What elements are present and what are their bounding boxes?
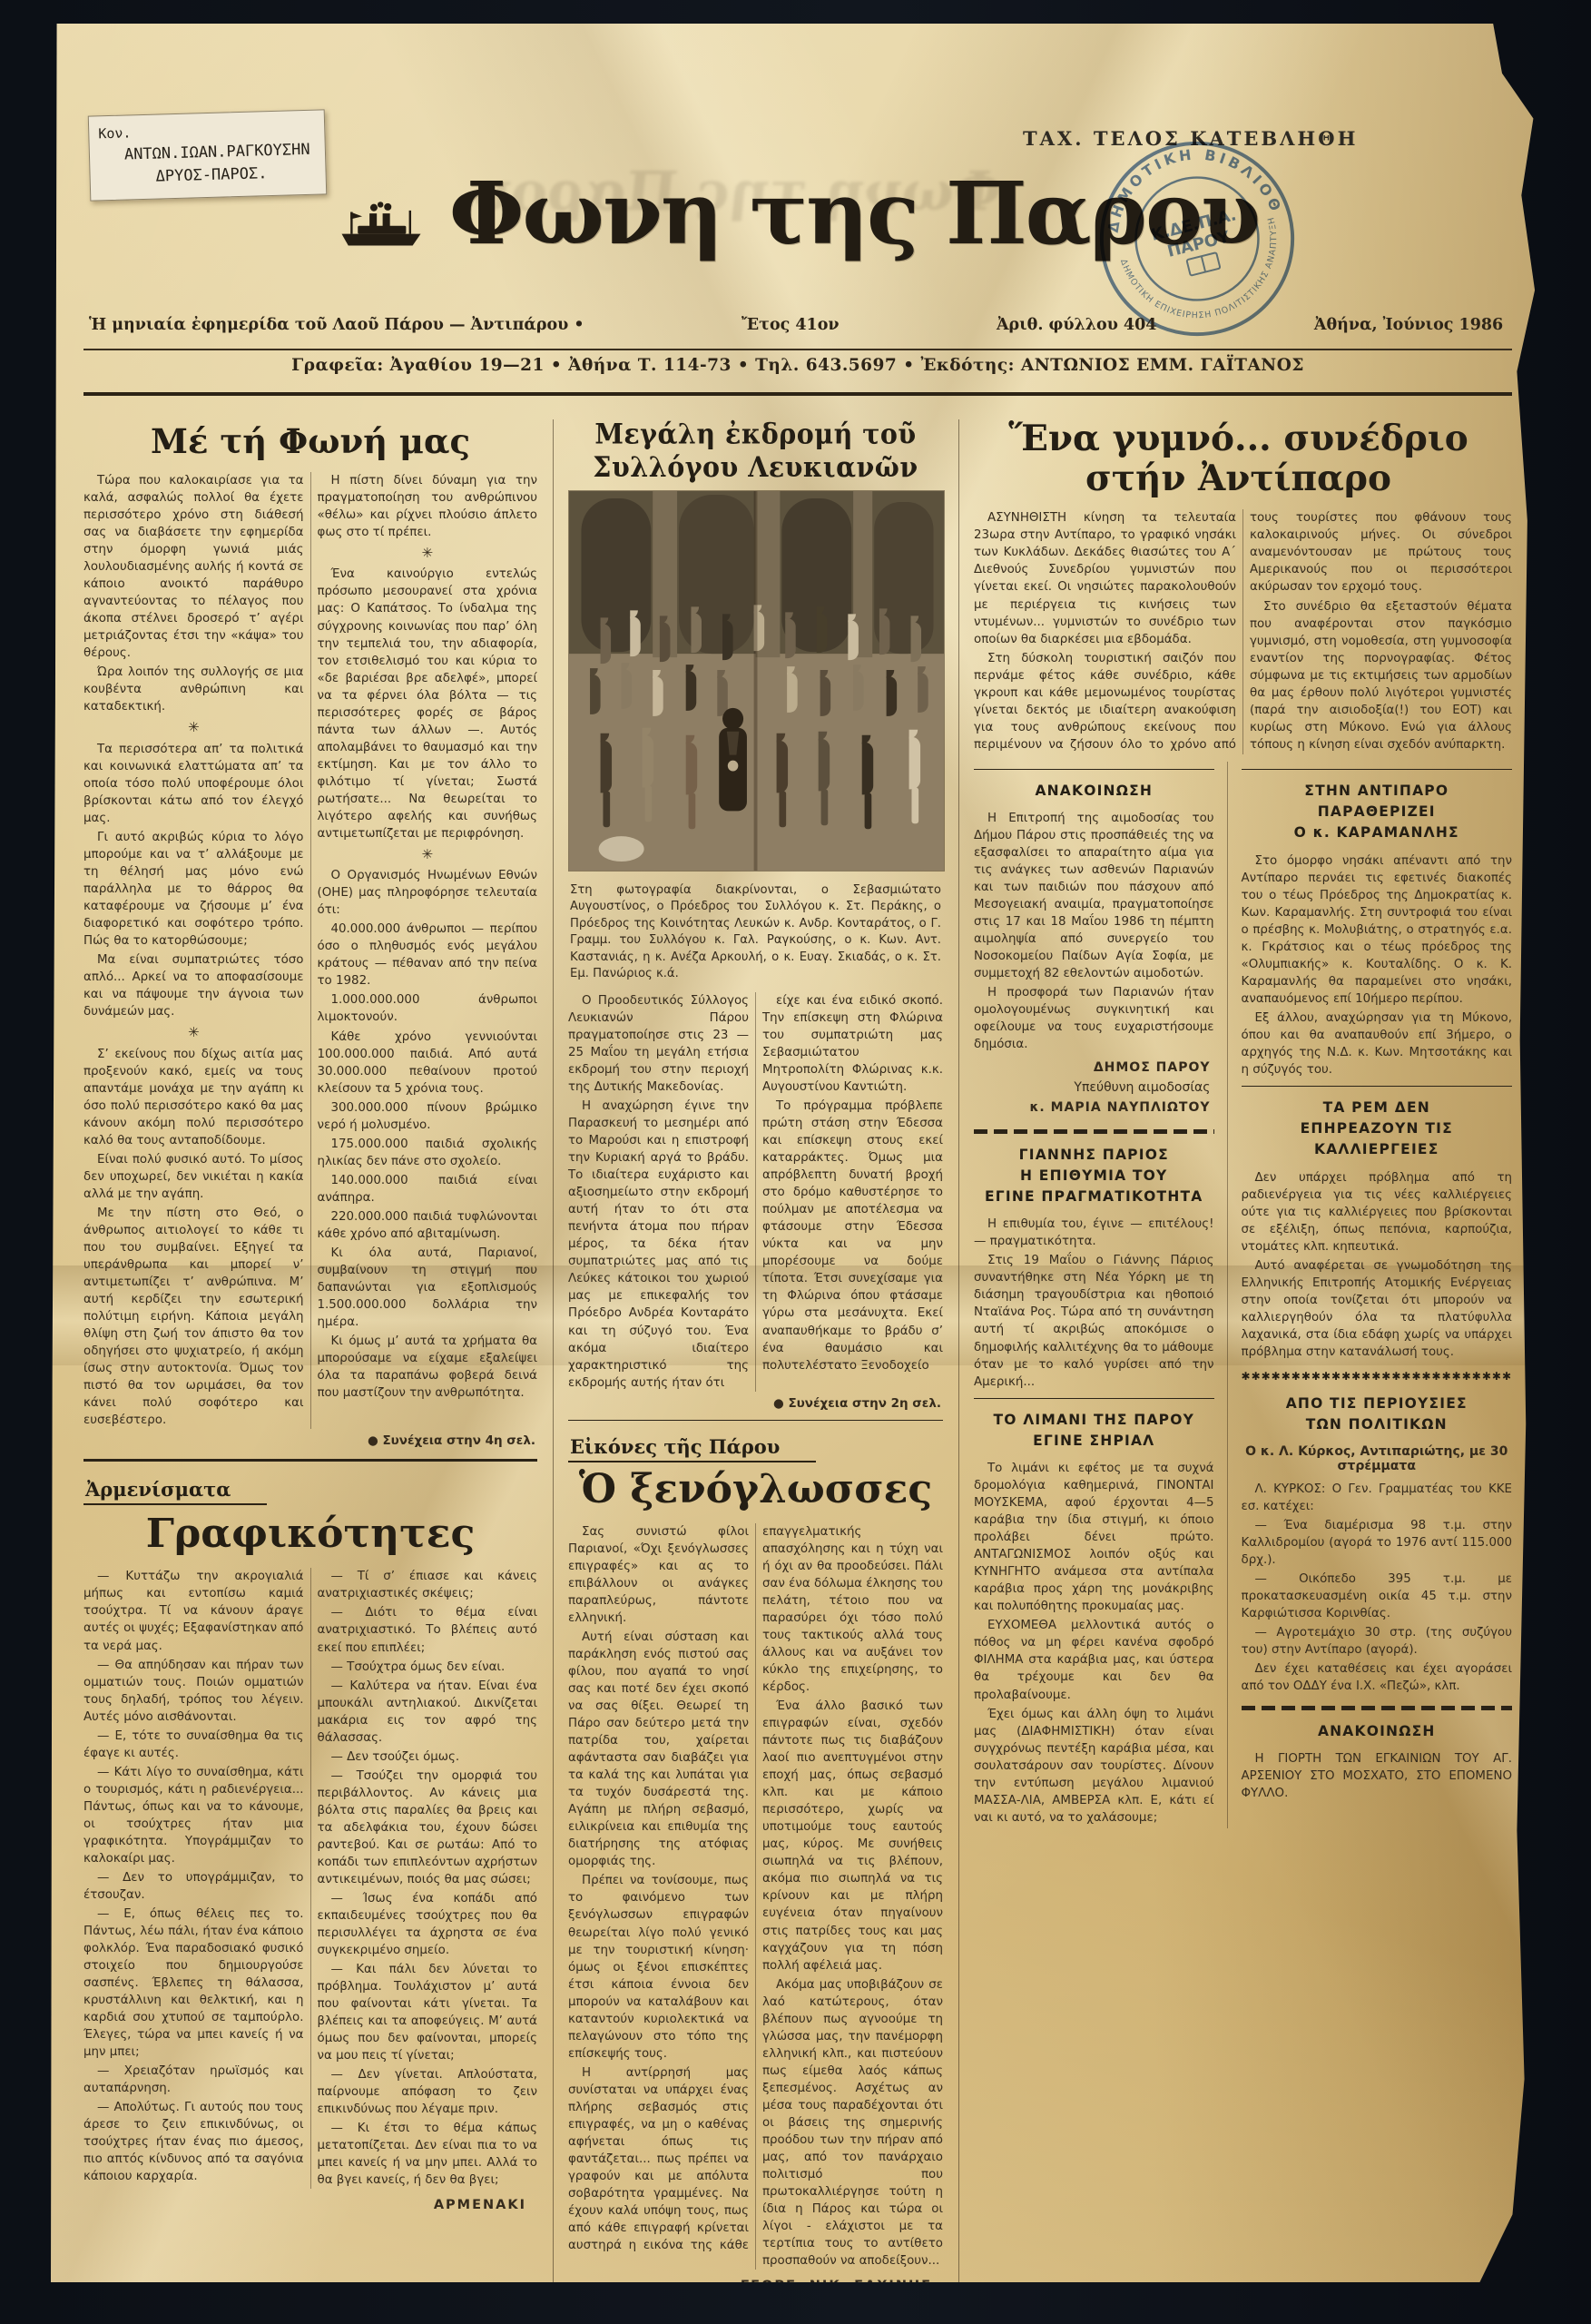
paragraph: Δεν υπάρχει πρόβλημα από τη ραδιενέργεια…: [1242, 1169, 1512, 1256]
section-divider: [1242, 769, 1512, 770]
heading-line: ΤΑ ΡΕΜ ΔΕΝ: [1323, 1099, 1430, 1116]
continuation-note: ● Συνέχεια στην 4η σελ.: [85, 1433, 535, 1450]
heading-line: ΕΓΙΝΕ ΠΡΑΓΜΑΤΙΚΟΤΗΤΑ: [985, 1188, 1203, 1205]
paragraph: — Δεν τσούζει όμως.: [318, 1748, 538, 1766]
paragraph: ΑΣΥΝΗΘΙΣΤΗ κίνηση τα τελευταία 23ωρα στη…: [974, 509, 1236, 647]
paragraph: Εξ άλλου, αναχώρησαν για τη Μύκονο, όπου…: [1242, 1009, 1512, 1078]
headline-line: Ἕνα γυμνό... συνέδριο: [1008, 418, 1468, 459]
paragraph: ✳: [83, 1023, 304, 1042]
paragraph: 300.000.000 πίνουν βρώμικο νερό ή μολυσμ…: [318, 1099, 538, 1134]
paragraph: Λ. ΚΥΡΚΟΣ: Ο Γεν. Γραμματέας του ΚΚΕ εσ.…: [1242, 1481, 1512, 1515]
article-headline: Ὁ ξενόγλωσσες: [568, 1466, 943, 1512]
article-text: Το λιμάνι κι εφέτος με τα συχνά δρομολόγ…: [974, 1460, 1214, 1827]
article-text: Τώρα που καλοκαιρίασε για τα καλά, ασφαλ…: [83, 472, 537, 1429]
paragraph: Είναι πολύ φυσικό αυτό. Το μίσος δεν υπο…: [83, 1151, 304, 1203]
article-text: Η ΓΙΟΡΤΗ ΤΩΝ ΕΓΚΑΙΝΙΩΝ ΤΟΥ ΑΓ. ΑΡΣΕΝΙΟΥ …: [1242, 1750, 1512, 1802]
paragraph: Ο Οργανισμός Ηνωμένων Εθνών (ΟΗΕ) μας πλ…: [318, 867, 538, 919]
section-subheading: Ο κ. Λ. Κύρκος, Αντιπαριώτης, με 30 στρέ…: [1242, 1444, 1512, 1473]
paragraph: — Ίσως ένα κοπάδι από εκπαιδευμένες τσού…: [318, 1890, 538, 1959]
paragraph: — Ε, όπως θέλεις πες το. Πάντως, λέω πάλ…: [83, 1905, 304, 2061]
paragraph: 140.000.000 παιδιά είναι ανάπηρα.: [318, 1172, 538, 1206]
paragraph: Ακόμα μας υποβιβάζουν σε λαό κατώτερους,…: [762, 1976, 943, 2270]
section-divider: [1242, 1086, 1512, 1087]
scanner-background: Κον. ΑΝΤΩΝ.ΙΩΑΝ.ΡΑΓΚΟΥΣΗΝ ΔΡΥΟΣ-ΠΑΡΟΣ. Τ…: [0, 0, 1591, 2324]
paragraph: — Αγροτεμάχιο 30 στρ. (της συζύγου του) …: [1242, 1624, 1512, 1659]
masthead-rule: [83, 349, 1512, 350]
paragraph: Τώρα που καλοκαιρίασε για τα καλά, ασφαλ…: [83, 472, 304, 662]
paragraph: 175.000.000 παιδιά σχολικής ηλικίας δεν …: [318, 1136, 538, 1170]
group-photo: [568, 490, 945, 871]
paragraph: — Κάτι λίγο το συναίσθημα, κάτι ο τουρισ…: [83, 1764, 304, 1867]
paragraph: Ο Προοδευτικός Σύλλογος Λευκιανών Πάρου …: [568, 992, 749, 1096]
section-divider: [974, 1398, 1214, 1399]
paragraph: — Τσούζει την ομορφιά του περιβάλλοντος.…: [318, 1768, 538, 1888]
right-inner-right-column: ΣΤΗΝ ΑΝΤΙΠΑΡΟ ΠΑΡΑΘΕΡΙΖΕΙ Ο κ. ΚΑΡΑΜΑΝΛΗ…: [1242, 762, 1512, 1828]
paragraph: — Δεν γίνεται. Απλούστατα, παίρνουμε από…: [318, 2066, 538, 2118]
article-signature: ΑΡΜΕΝΑΚΙ: [83, 2196, 526, 2215]
paragraph: ✳: [318, 845, 538, 864]
heading-line: ΕΠΗΡΕΑΖΟΥΝ ΤΙΣ: [1301, 1120, 1453, 1137]
continuation-note: ● Συνέχεια στην 2η σελ.: [570, 1395, 941, 1413]
paragraph: Ένα καινούργιο εντελώς πρόσωπο μεσουρανε…: [318, 566, 538, 842]
article-text: Η Επιτροπή της αιμοδοσίας του Δήμου Πάρο…: [974, 810, 1214, 1053]
masthead-info-line: Γραφεῖα: Ἀγαθίου 19—21 • Ἀθήνα Τ. 114-73…: [83, 356, 1512, 375]
masthead-year: Ἔτος 41ον: [741, 316, 840, 334]
ornament-divider: ✱✱✱✱✱✱✱✱✱✱✱✱✱✱✱✱✱✱✱✱✱✱✱✱✱✱✱: [1242, 1370, 1512, 1383]
column-kicker: Εἰκόνες τῆς Πάρου: [568, 1435, 816, 1462]
heading-line: ΚΑΛΛΙΕΡΓΕΙΕΣ: [1314, 1141, 1439, 1157]
heading-line: ΠΑΡΑΘΕΡΙΖΕΙ: [1318, 803, 1436, 820]
steamship-icon: [337, 199, 426, 251]
paragraph: — Και πάλι δεν λύνεται το πρόβλημα. Τουλ…: [318, 1961, 538, 2064]
paragraph: Μα είναι συμπατριώτες τόσο απλό... Αρκεί…: [83, 951, 304, 1020]
section-heading: ΤΟ ΛΙΜΑΝΙ ΤΗΣ ΠΑΡΟΥ ΕΓΙΝΕ ΣΗΡΙΑΛ: [979, 1410, 1209, 1452]
masthead-rule-thick: [83, 392, 1512, 396]
heading-line: ΤΩΝ ΠΟΛΙΤΙΚΩΝ: [1306, 1416, 1448, 1433]
dashed-divider: [974, 1129, 1214, 1134]
paragraph: — Θα απηύδησαν και πήραν των ομματιών το…: [83, 1657, 304, 1726]
paragraph: — Ένα διαμέρισμα 98 τ.μ. στην Καλλιδρομί…: [1242, 1517, 1512, 1569]
heading-line: ΑΠΟ ΤΙΣ ΠΕΡΙΟΥΣΙΕΣ: [1286, 1395, 1468, 1412]
section-heading: ΣΤΗΝ ΑΝΤΙΠΑΡΟ ΠΑΡΑΘΕΡΙΖΕΙ Ο κ. ΚΑΡΑΜΑΝΛΗ…: [1247, 781, 1507, 844]
section-heading: ΓΙΑΝΝΗΣ ΠΑΡΙΟΣ Η ΕΠΙΘΥΜΙΑ ΤΟΥ ΕΓΙΝΕ ΠΡΑΓ…: [979, 1145, 1209, 1208]
paragraph: ✳: [83, 718, 304, 737]
section-divider: [83, 1459, 537, 1462]
paragraph: Κάθε χρόνο γεννιούνται 100.000.000 παιδι…: [318, 1029, 538, 1098]
paragraph: Στις 19 Μαΐου ο Γιάννης Πάριος συναντήθη…: [974, 1252, 1214, 1390]
paragraph: Η ΓΙΟΡΤΗ ΤΩΝ ΕΓΚΑΙΝΙΩΝ ΤΟΥ ΑΓ. ΑΡΣΕΝΙΟΥ …: [1242, 1750, 1512, 1802]
paragraph: Γι αυτό ακριβώς κύρια το λόγο μπορούμε κ…: [83, 829, 304, 950]
dashed-divider: [1242, 1706, 1512, 1710]
paragraph: Κι όμως μ’ αυτά τα χρήματα θα μπορούσαμε…: [318, 1333, 538, 1402]
paragraph: Η πίστη δίνει δύναμη για την πραγματοποί…: [318, 472, 538, 541]
paragraph: 220.000.000 παιδιά τυφλώνονται κάθε χρόν…: [318, 1208, 538, 1243]
paragraph: Η Επιτροπή της αιμοδοσίας του Δήμου Πάρο…: [974, 810, 1214, 982]
article-text: Η επιθυμία του, έγινε — επιτέλους! — πρα…: [974, 1216, 1214, 1390]
paragraph: — Διότι το θέμα είναι ανατριχιαστικό. Το…: [318, 1604, 538, 1656]
paragraph: Κι όλα αυτά, Παριανοί, συμβαίνουν τη στι…: [318, 1245, 538, 1331]
column-kicker: Ἀρμενίσματα: [83, 1478, 267, 1505]
paragraph: Σας συνιστώ φίλοι Παριανοί, «Όχι ξενόγλω…: [568, 1523, 749, 1627]
masthead-issue-number: Ἀριθ. φύλλου 404: [997, 316, 1157, 334]
paragraph: Στο συνέδριο θα εξεταστούν θέματα που αν…: [1250, 598, 1512, 753]
section-heading: ΑΠΟ ΤΙΣ ΠΕΡΙΟΥΣΙΕΣ ΤΩΝ ΠΟΛΙΤΙΚΩΝ: [1247, 1393, 1507, 1436]
signature-line: ΔΗΜΟΣ ΠΑΡΟΥ: [974, 1059, 1211, 1078]
masthead-subtitle-row: Ἡ μηνιαία ἐφημερίδα τοῦ Λαοῦ Πάρου — Ἀντ…: [89, 316, 1503, 334]
paragraph: Το πρόγραμμα πρόβλεπε πρώτη στάση στην Έ…: [762, 1098, 943, 1374]
photo-caption: Στη φωτογραφία διακρίνονται, ο Σεβασμιώτ…: [570, 882, 941, 983]
article-text: — Κυττάζω την ακρογιαλιά μήπως και εντοπ…: [83, 1568, 537, 2189]
heading-line: ΓΙΑΝΝΗΣ ΠΑΡΙΟΣ: [1019, 1147, 1169, 1163]
paragraph: Τα περισσότερα απ’ τα πολιτικά και κοινω…: [83, 741, 304, 827]
paragraph: είχε και ένα ειδικό σκοπό. Την επίσκεψη …: [762, 992, 943, 1096]
article-text: Δεν υπάρχει πρόβλημα από τη ραδιενέργεια…: [1242, 1169, 1512, 1361]
paragraph: Στο όμορφο νησάκι απέναντι από την Αντίπ…: [1242, 852, 1512, 1008]
paragraph: ✳: [318, 544, 538, 563]
paragraph: — Κι έτσι το θέμα κάπως μετατοπίζεται. Δ…: [318, 2120, 538, 2189]
article-headline: Ἕνα γυμνό... συνέδριο στήν Ἀντίπαρο: [974, 419, 1503, 498]
paragraph: Πρέπει να τονίσουμε, πως το φαινόμενο τω…: [568, 1872, 749, 2062]
paragraph: — Δεν το υπογράμμιζαν, το έτσουζαν.: [83, 1869, 304, 1904]
paragraph: — Κυττάζω την ακρογιαλιά μήπως και εντοπ…: [83, 1568, 304, 1654]
section-divider: [568, 1420, 943, 1421]
article-headline: Μεγάλη ἐκδρομή τοῦ Συλλόγου Λευκιανῶν: [568, 417, 943, 483]
masthead-date: Ἀθήνα, Ἰούνιος 1986: [1314, 316, 1503, 334]
paragraph: Ώρα λοιπόν της συλλογής σε μια κουβέντα …: [83, 664, 304, 715]
paragraph: Έχει όμως και άλλη όψη το λιμάνι μας (ΔΙ…: [974, 1706, 1214, 1827]
signature-line: κ. ΜΑΡΙΑ ΝΑΥΠΛΙΩΤΟΥ: [974, 1098, 1211, 1118]
paragraph: — Ε, τότε το συναίσθημα θα τις έφαγε κι …: [83, 1728, 304, 1762]
paragraph: — Καλύτερα να ήταν. Είναι ένα μπουκάλι α…: [318, 1678, 538, 1747]
signature-line: Υπεύθυνη αιμοδοσίας: [974, 1078, 1211, 1098]
paragraph: 1.000.000.000 άνθρωποι λιμοκτονούν.: [318, 991, 538, 1026]
signature-block: ΔΗΜΟΣ ΠΑΡΟΥ Υπεύθυνη αιμοδοσίας κ. ΜΑΡΙΑ…: [974, 1059, 1211, 1118]
article-text: Ο Προοδευτικός Σύλλογος Λευκιανών Πάρου …: [568, 992, 943, 1392]
section-heading: ΤΑ ΡΕΜ ΔΕΝ ΕΠΗΡΕΑΖΟΥΝ ΤΙΣ ΚΑΛΛΙΕΡΓΕΙΕΣ: [1247, 1098, 1507, 1161]
article-text: ΑΣΥΝΗΘΙΣΤΗ κίνηση τα τελευταία 23ωρα στη…: [974, 509, 1512, 753]
paragraph: — Τί σ’ έπιασε και κάνεις ανατριχιαστικέ…: [318, 1568, 538, 1602]
heading-line: ΕΓΙΝΕ ΣΗΡΙΑΛ: [1033, 1433, 1154, 1449]
article-me-ti-foni-mas: Μέ τή Φωνή μας Τώρα που καλοκαιρίασε για…: [83, 419, 537, 2282]
headline-line: στήν Ἀντίπαρο: [1085, 458, 1391, 499]
paragraph: 40.000.000 άνθρωποι — περίπου όσο ο πληθ…: [318, 921, 538, 990]
paragraph: Με την πίστη στο Θεό, ο άνθρωπος αιτιολο…: [83, 1205, 304, 1429]
heading-line: Η ΕΠΙΘΥΜΙΑ ΤΟΥ: [1020, 1167, 1167, 1184]
right-inner-left-column: ΑΝΑΚΟΙΝΩΣΗ Η Επιτροπή της αιμοδοσίας του…: [974, 762, 1228, 1828]
paragraph: — Απολύτως. Γι αυτούς που τους άρεσε το …: [83, 2099, 304, 2185]
paragraph: Η αναχώρηση έγινε την Παρασκευή το μεσημ…: [568, 1098, 749, 1392]
article-text: Λ. ΚΥΡΚΟΣ: Ο Γεν. Γραμματέας του ΚΚΕ εσ.…: [1242, 1481, 1512, 1695]
paragraph: — Τσούχτρα όμως δεν είναι.: [318, 1659, 538, 1676]
paragraph: Δεν έχει καταθέσεις και έχει αγοράσει απ…: [1242, 1660, 1512, 1695]
article-text: Στο όμορφο νησάκι απέναντι από την Αντίπ…: [1242, 852, 1512, 1078]
section-heading: ΑΝΑΚΟΙΝΩΣΗ: [979, 781, 1209, 802]
article-headline: Γραφικότητες: [83, 1511, 537, 1557]
paragraph: Αυτό αναφέρεται σε γνωμοδότηση της Ελλην…: [1242, 1257, 1512, 1361]
section-heading: ΑΝΑΚΟΙΝΩΣΗ: [1247, 1721, 1507, 1742]
heading-line: Ο κ. ΚΑΡΑΜΑΝΛΗΣ: [1294, 824, 1459, 841]
article-text: Σας συνιστώ φίλοι Παριανοί, «Όχι ξενόγλω…: [568, 1523, 943, 2270]
masthead: Κον. ΑΝΤΩΝ.ΙΩΑΝ.ΡΑΓΚΟΥΣΗΝ ΔΡΥΟΣ-ΠΑΡΟΣ. Τ…: [83, 44, 1512, 410]
paragraph: Ένα άλλο βασικό των επιγραφών είναι, σχε…: [762, 1698, 943, 1974]
paragraph: — Χρειαζόταν ηρωϊσμός και αυταπάρνηση.: [83, 2063, 304, 2097]
heading-line: ΤΟ ΛΙΜΑΝΙ ΤΗΣ ΠΑΡΟΥ: [993, 1412, 1194, 1428]
newspaper-page: Κον. ΑΝΤΩΝ.ΙΩΑΝ.ΡΑΓΚΟΥΣΗΝ ΔΡΥΟΣ-ΠΑΡΟΣ. Τ…: [51, 24, 1539, 2282]
paragraph: Το λιμάνι κι εφέτος με τα συχνά δρομολόγ…: [974, 1460, 1214, 1615]
paragraph: Σ’ εκείνους που δίχως αιτία μας προξενού…: [83, 1046, 304, 1149]
paragraph: Η επιθυμία του, έγινε — επιτέλους! — πρα…: [974, 1216, 1214, 1250]
heading-line: ΣΤΗΝ ΑΝΤΙΠΑΡΟ: [1304, 783, 1449, 799]
paragraph: Η προσφορά των Παριανών ήταν ομολογουμέν…: [974, 984, 1214, 1053]
right-section: Ἕνα γυμνό... συνέδριο στήν Ἀντίπαρο ΑΣΥΝ…: [958, 419, 1512, 2282]
article-headline: Μέ τή Φωνή μας: [83, 421, 537, 461]
section-divider: [974, 769, 1214, 770]
article-ekdromi-leukianon: Μεγάλη ἐκδρομή τοῦ Συλλόγου Λευκιανῶν: [553, 419, 943, 2282]
page-body: Μέ τή Φωνή μας Τώρα που καλοκαιρίασε για…: [83, 419, 1512, 2282]
paragraph: Αυτή είναι σύσταση και παράκληση ενός πι…: [568, 1629, 749, 1870]
paragraph: — Οικόπεδο 395 τ.μ. με προκατασκευασμένη…: [1242, 1571, 1512, 1622]
article-signature: ΓΕΩΡΓ. ΝΙΚ. ΣΑΧΙΝΗΣ: [568, 2277, 932, 2282]
paragraph: ΕΥΧΟΜΕΘΑ μελλοντικά αυτός ο πόθος να μη …: [974, 1617, 1214, 1703]
masthead-subtitle: Ἡ μηνιαία ἐφημερίδα τοῦ Λαοῦ Πάρου — Ἀντ…: [89, 316, 584, 334]
